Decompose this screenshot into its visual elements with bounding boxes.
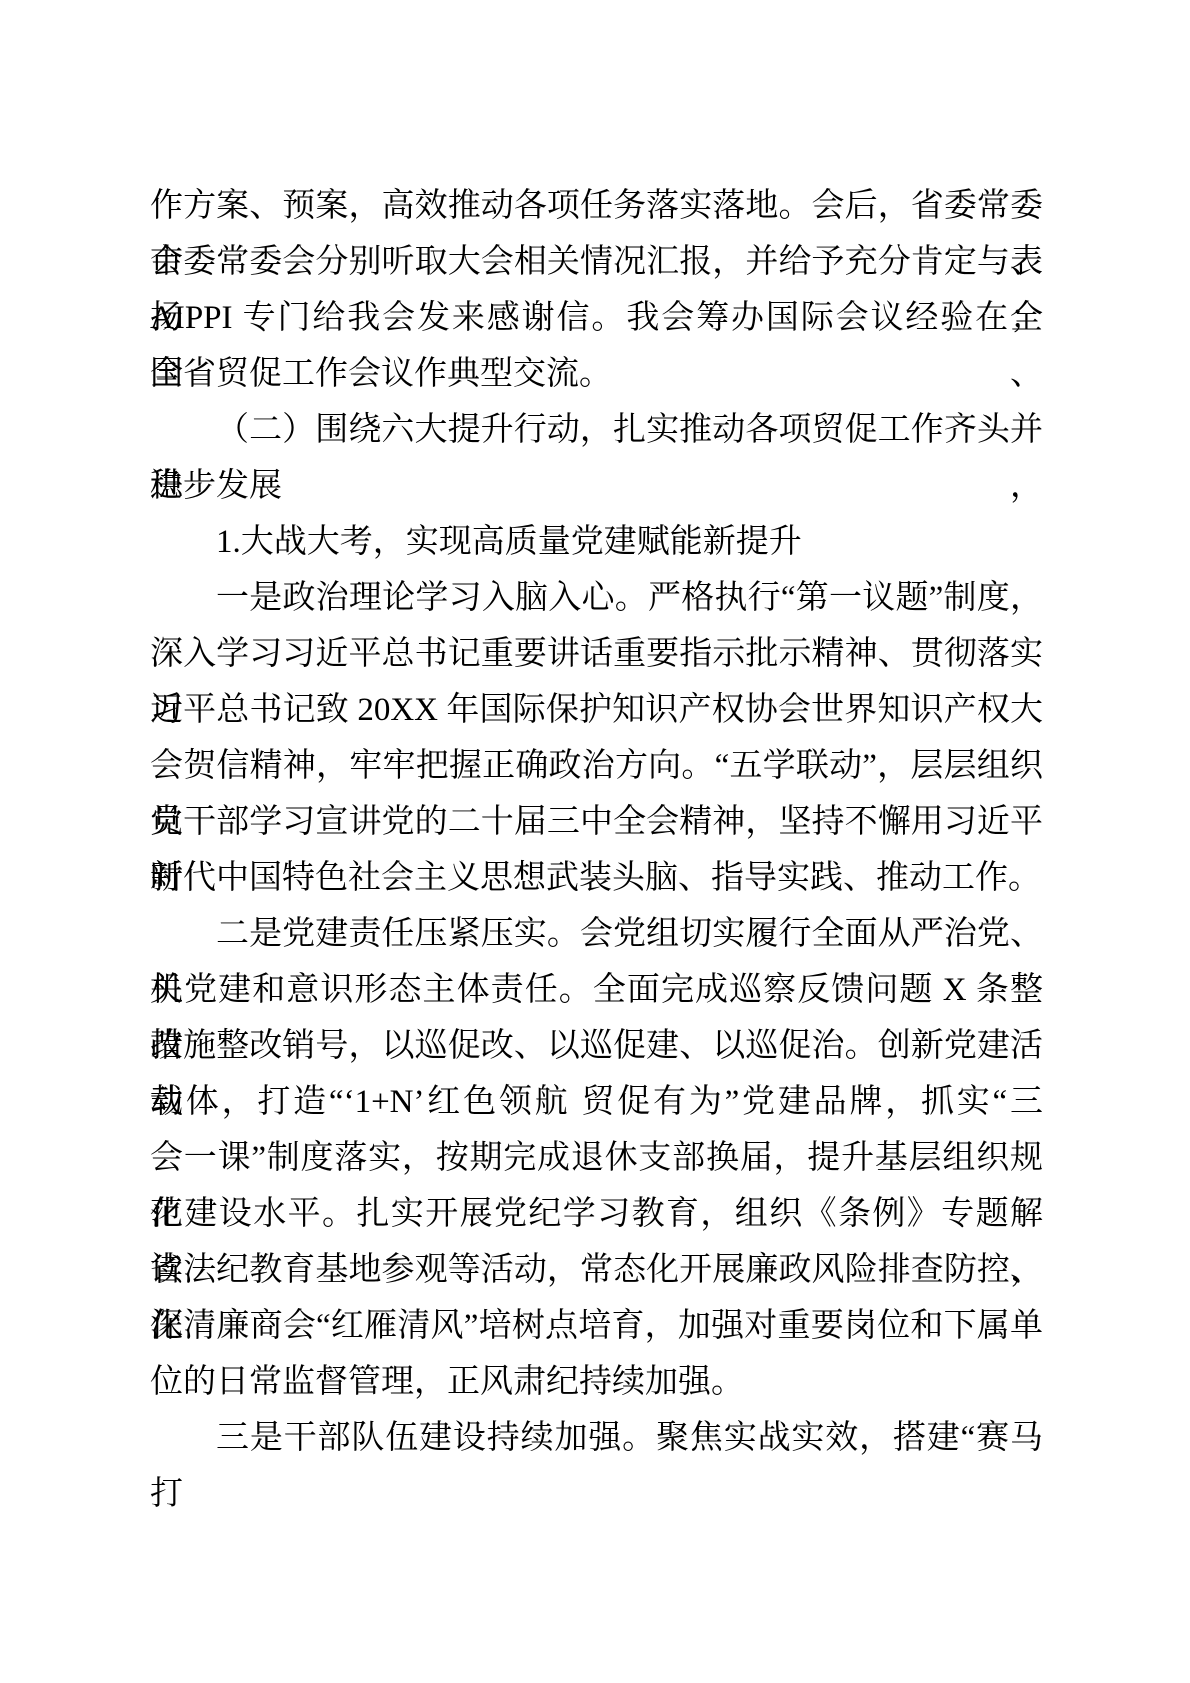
text-line: 载体，打造“‘1+N’红色领航 贸促有为”党建品牌，抓实“三 xyxy=(150,1074,1043,1130)
text-line: 一是政治理论学习入脑入心。严格执行“第一议题”制度， xyxy=(150,570,1043,626)
text-line: AIPPI 专门给我会发来感谢信。我会筹办国际会议经验在全国、 xyxy=(150,290,1043,346)
text-line: 二是党建责任压紧压实。会党组切实履行全面从严治党、机 xyxy=(150,906,1043,962)
text-line: 会贺信精神，牢牢把握正确政治方向。“五学联动”，层层组织党 xyxy=(150,738,1043,794)
text-line: 位的日常监督管理，正风肃纪持续加强。 xyxy=(150,1354,1043,1410)
text-line: 化清廉商会“红雁清风”培树点培育，加强对重要岗位和下属单 xyxy=(150,1298,1043,1354)
document-body: 作方案、预案，高效推动各项任务落实落地。会后，省委常委会、市委常委会分别听取大会… xyxy=(150,178,1043,1466)
text-line: 会一课”制度落实，按期完成退休支部换届，提升基层组织规范 xyxy=(150,1130,1043,1186)
text-line: （二）围绕六大提升行动，扎实推动各项贸促工作齐头并进， xyxy=(150,402,1043,458)
document-page: 作方案、预案，高效推动各项任务落实落地。会后，省委常委会、市委常委会分别听取大会… xyxy=(0,0,1190,1683)
text-line: 员干部学习宣讲党的二十届三中全会精神，坚持不懈用习近平新 xyxy=(150,794,1043,850)
text-line: 三是干部队伍建设持续加强。聚焦实战实效，搭建“赛马打 xyxy=(150,1410,1043,1466)
text-line: 1.大战大考，实现高质量党建赋能新提升 xyxy=(150,514,1043,570)
text-line: 措施整改销号，以巡促改、以巡促建、以巡促治。创新党建活动 xyxy=(150,1018,1043,1074)
text-line: 作方案、预案，高效推动各项任务落实落地。会后，省委常委会、 xyxy=(150,178,1043,234)
text-line: 省法纪教育基地参观等活动，常态化开展廉政风险排查防控，深 xyxy=(150,1242,1043,1298)
text-line: 深入学习习近平总书记重要讲话重要指示批示精神、贯彻落实习 xyxy=(150,626,1043,682)
text-line: 时代中国特色社会主义思想武装头脑、指导实践、推动工作。 xyxy=(150,850,1043,906)
text-line: 化建设水平。扎实开展党纪学习教育，组织《条例》专题解读、 xyxy=(150,1186,1043,1242)
text-line: 市委常委会分别听取大会相关情况汇报，并给予充分肯定与表扬； xyxy=(150,234,1043,290)
text-line: 关党建和意识形态主体责任。全面完成巡察反馈问题 X 条整改 xyxy=(150,962,1043,1018)
text-line: 近平总书记致 20XX 年国际保护知识产权协会世界知识产权大 xyxy=(150,682,1043,738)
